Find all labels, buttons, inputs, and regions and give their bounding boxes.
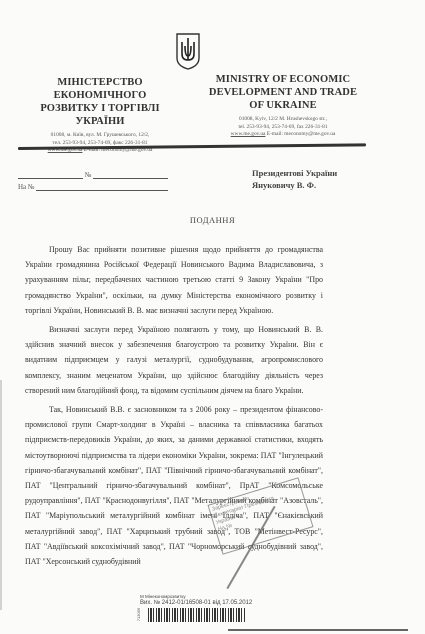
barcode-side-id: 713056 <box>136 608 141 621</box>
number-blank <box>93 170 168 179</box>
number-label: № <box>85 171 92 179</box>
ministry-contacts-en: 01008, Kyiv, 12/2 M. Hrushevskogo str., … <box>208 116 358 139</box>
website-link-en[interactable]: www.me.gov.ua <box>231 131 266 137</box>
recipient-name: Януковичу В. Ф. <box>252 179 337 191</box>
ministry-name-ua-line3: УКРАЇНИ <box>10 115 190 128</box>
ministry-name-ua-line2: РОЗВИТКУ І ТОРГІВЛІ <box>10 102 190 115</box>
scan-edge <box>0 380 2 610</box>
recipient-title: Президентові України <box>252 167 337 179</box>
reply-number-blank <box>36 182 168 191</box>
outgoing-number: Вих. № 2412-01/16508-01 від 17.05.2012 <box>140 600 252 606</box>
registration-number-line: № <box>18 170 168 179</box>
document-page: МІНІСТЕРСТВО ЕКОНОМІЧНОГО РОЗВИТКУ І ТОР… <box>0 0 425 634</box>
reply-number-line: На № <box>18 182 168 191</box>
paragraph-request: Прошу Вас прийняти позитивне рішення щод… <box>25 242 323 318</box>
ministry-contacts-ua: 01008, м. Київ, вул. М. Грушевського, 12… <box>10 132 190 155</box>
paragraph-merits: Визначні заслуги перед Україною полягают… <box>25 322 323 398</box>
ministry-name-en-line3: OF UKRAINE <box>208 99 358 112</box>
footer-rule <box>228 629 408 631</box>
ministry-name-ua-line1: МІНІСТЕРСТВО ЕКОНОМІЧНОГО <box>10 76 190 102</box>
ministry-name-en-line1: MINISTRY OF ECONOMIC <box>208 73 358 86</box>
ministry-name-en-line2: DEVELOPMENT AND TRADE <box>208 86 358 99</box>
recipient-block: Президентові України Януковичу В. Ф. <box>252 167 337 191</box>
phones-en: tel. 253-93-94, 253-74-69, fax 226-31-81 <box>208 124 358 132</box>
document-title: ПОДАННЯ <box>0 215 425 225</box>
address-ua: 01008, м. Київ, вул. М. Грушевського, 12… <box>10 132 190 140</box>
letterhead-ukrainian: МІНІСТЕРСТВО ЕКОНОМІЧНОГО РОЗВИТКУ І ТОР… <box>10 76 190 155</box>
date-blank <box>18 170 83 179</box>
outgoing-registration: М Мінекономрозвитку Вих. № 2412-01/16508… <box>140 594 252 606</box>
email-en: E-mail: meconomy@me.gov.ua <box>267 131 336 137</box>
reply-label: На № <box>18 183 35 191</box>
letterhead-english: MINISTRY OF ECONOMIC DEVELOPMENT AND TRA… <box>208 73 358 139</box>
address-en: 01008, Kyiv, 12/2 M. Hrushevskogo str., <box>208 116 358 124</box>
barcode-icon <box>148 608 246 622</box>
trident-coat-of-arms-icon <box>175 32 201 70</box>
web-email-en: www.me.gov.ua E-mail: meconomy@me.gov.ua <box>208 131 358 139</box>
